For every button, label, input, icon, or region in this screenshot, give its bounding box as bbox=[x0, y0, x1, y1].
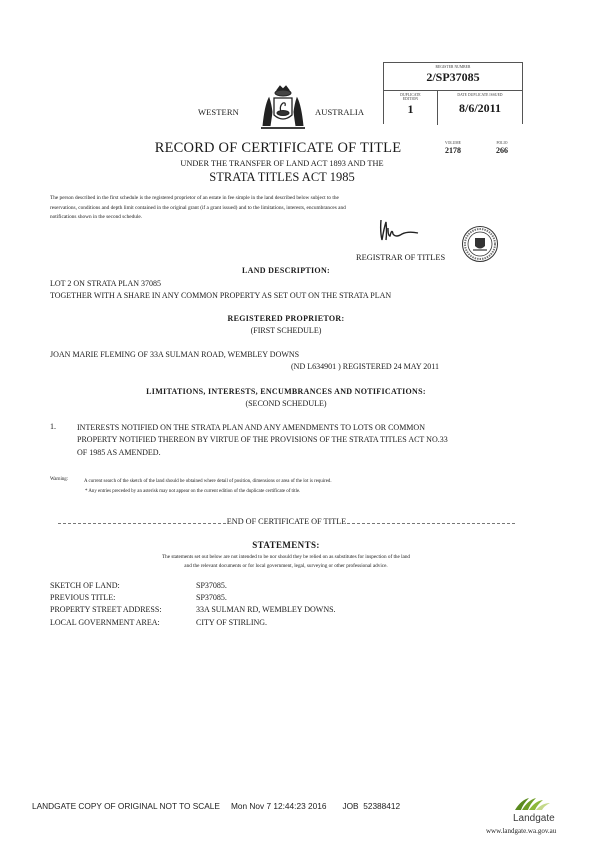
folio: 266 bbox=[496, 146, 508, 155]
register-number: 2/SP37085 bbox=[384, 70, 522, 84]
duplicate-edition-label: DUPLICATE EDITION bbox=[384, 93, 437, 101]
statement-value: CITY OF STIRLING. bbox=[196, 617, 267, 629]
landgate-url[interactable]: www.landgate.wa.gov.au bbox=[486, 827, 556, 835]
limitation-item-text: INTERESTS NOTIFIED ON THE STRATA PLAN AN… bbox=[77, 422, 448, 459]
date-issued: 8/6/2011 bbox=[437, 101, 523, 116]
statement-value: SP37085. bbox=[196, 580, 227, 592]
print-timestamp: Mon Nov 7 12:44:23 2016 bbox=[231, 801, 326, 811]
register-number-cell: REGISTER NUMBER 2/SP37085 bbox=[384, 63, 522, 91]
first-schedule-label: (FIRST SCHEDULE) bbox=[0, 326, 572, 335]
duplicate-edition: 1 bbox=[384, 102, 437, 117]
dashed-rule bbox=[58, 523, 226, 524]
statements-heading: STATEMENTS: bbox=[0, 540, 572, 550]
job-label: JOB bbox=[342, 801, 358, 811]
statement-row: PREVIOUS TITLE: SP37085. bbox=[50, 592, 336, 604]
statement-value: 33A SULMAN RD, WEMBLEY DOWNS. bbox=[196, 604, 336, 616]
folio-label: FOLIO bbox=[496, 141, 508, 145]
registered-proprietor-heading: REGISTERED PROPRIETOR: bbox=[0, 314, 572, 323]
registrar-signature-icon bbox=[378, 218, 426, 244]
footer-line: LANDGATE COPY OF ORIGINAL NOT TO SCALEMo… bbox=[32, 801, 400, 811]
date-issued-cell: DATE DUPLICATE ISSUED 8/6/2011 bbox=[437, 90, 523, 125]
land-description-line: LOT 2 ON STRATA PLAN 37085 bbox=[50, 279, 161, 288]
warning-text: A current search of the sketch of the la… bbox=[84, 477, 332, 496]
land-description-heading: LAND DESCRIPTION: bbox=[0, 266, 572, 275]
end-of-certificate-label: END OF CERTIFICATE OF TITLE bbox=[226, 517, 347, 526]
document-title: RECORD OF CERTIFICATE OF TITLE bbox=[73, 140, 483, 157]
register-number-label: REGISTER NUMBER bbox=[384, 65, 522, 69]
dashed-rule bbox=[347, 523, 515, 524]
statements-note: The statements set out below are not int… bbox=[0, 553, 572, 572]
statement-row: SKETCH OF LAND: SP37085. bbox=[50, 580, 336, 592]
statement-value: SP37085. bbox=[196, 592, 227, 604]
second-schedule-label: (SECOND SCHEDULE) bbox=[0, 399, 572, 408]
landgate-logo-name: Landgate bbox=[513, 813, 555, 824]
statement-label: PREVIOUS TITLE: bbox=[50, 592, 196, 604]
copy-notice: LANDGATE COPY OF ORIGINAL NOT TO SCALE bbox=[32, 801, 220, 811]
document-act: STRATA TITLES ACT 1985 bbox=[92, 170, 472, 185]
land-description-line: TOGETHER WITH A SHARE IN ANY COMMON PROP… bbox=[50, 291, 391, 300]
warning-label: Warning: bbox=[50, 477, 68, 482]
document-subtitle: UNDER THE TRANSFER OF LAND ACT 1893 AND … bbox=[92, 159, 472, 168]
statement-row: PROPERTY STREET ADDRESS: 33A SULMAN RD, … bbox=[50, 604, 336, 616]
wa-coat-of-arms-icon bbox=[257, 82, 309, 134]
proprietor-name: JOAN MARIE FLEMING OF 33A SULMAN ROAD, W… bbox=[50, 350, 299, 359]
limitations-heading: LIMITATIONS, INTERESTS, ENCUMBRANCES AND… bbox=[0, 387, 572, 396]
duplicate-edition-cell: DUPLICATE EDITION 1 bbox=[384, 90, 438, 125]
register-box: REGISTER NUMBER 2/SP37085 DUPLICATE EDIT… bbox=[383, 62, 523, 124]
statement-label: LOCAL GOVERNMENT AREA: bbox=[50, 617, 196, 629]
state-label-western: WESTERN bbox=[198, 107, 239, 117]
registrar-seal-icon bbox=[461, 225, 499, 263]
end-of-certificate-divider: END OF CERTIFICATE OF TITLE bbox=[58, 517, 515, 526]
statements-table: SKETCH OF LAND: SP37085. PREVIOUS TITLE:… bbox=[50, 580, 336, 629]
statement-label: SKETCH OF LAND: bbox=[50, 580, 196, 592]
state-label-australia: AUSTRALIA bbox=[315, 107, 364, 117]
statement-row: LOCAL GOVERNMENT AREA: CITY OF STIRLING. bbox=[50, 617, 336, 629]
registration-details: (ND L634901 ) REGISTERED 24 MAY 2011 bbox=[291, 362, 439, 371]
registrar-label: REGISTRAR OF TITLES bbox=[356, 253, 445, 262]
folio-block: FOLIO 266 bbox=[496, 141, 508, 155]
limitation-item-number: 1. bbox=[50, 422, 56, 431]
statement-label: PROPERTY STREET ADDRESS: bbox=[50, 604, 196, 616]
date-issued-label: DATE DUPLICATE ISSUED bbox=[437, 93, 523, 97]
job-number: 52388412 bbox=[363, 801, 400, 811]
landgate-logo-icon bbox=[513, 796, 553, 812]
